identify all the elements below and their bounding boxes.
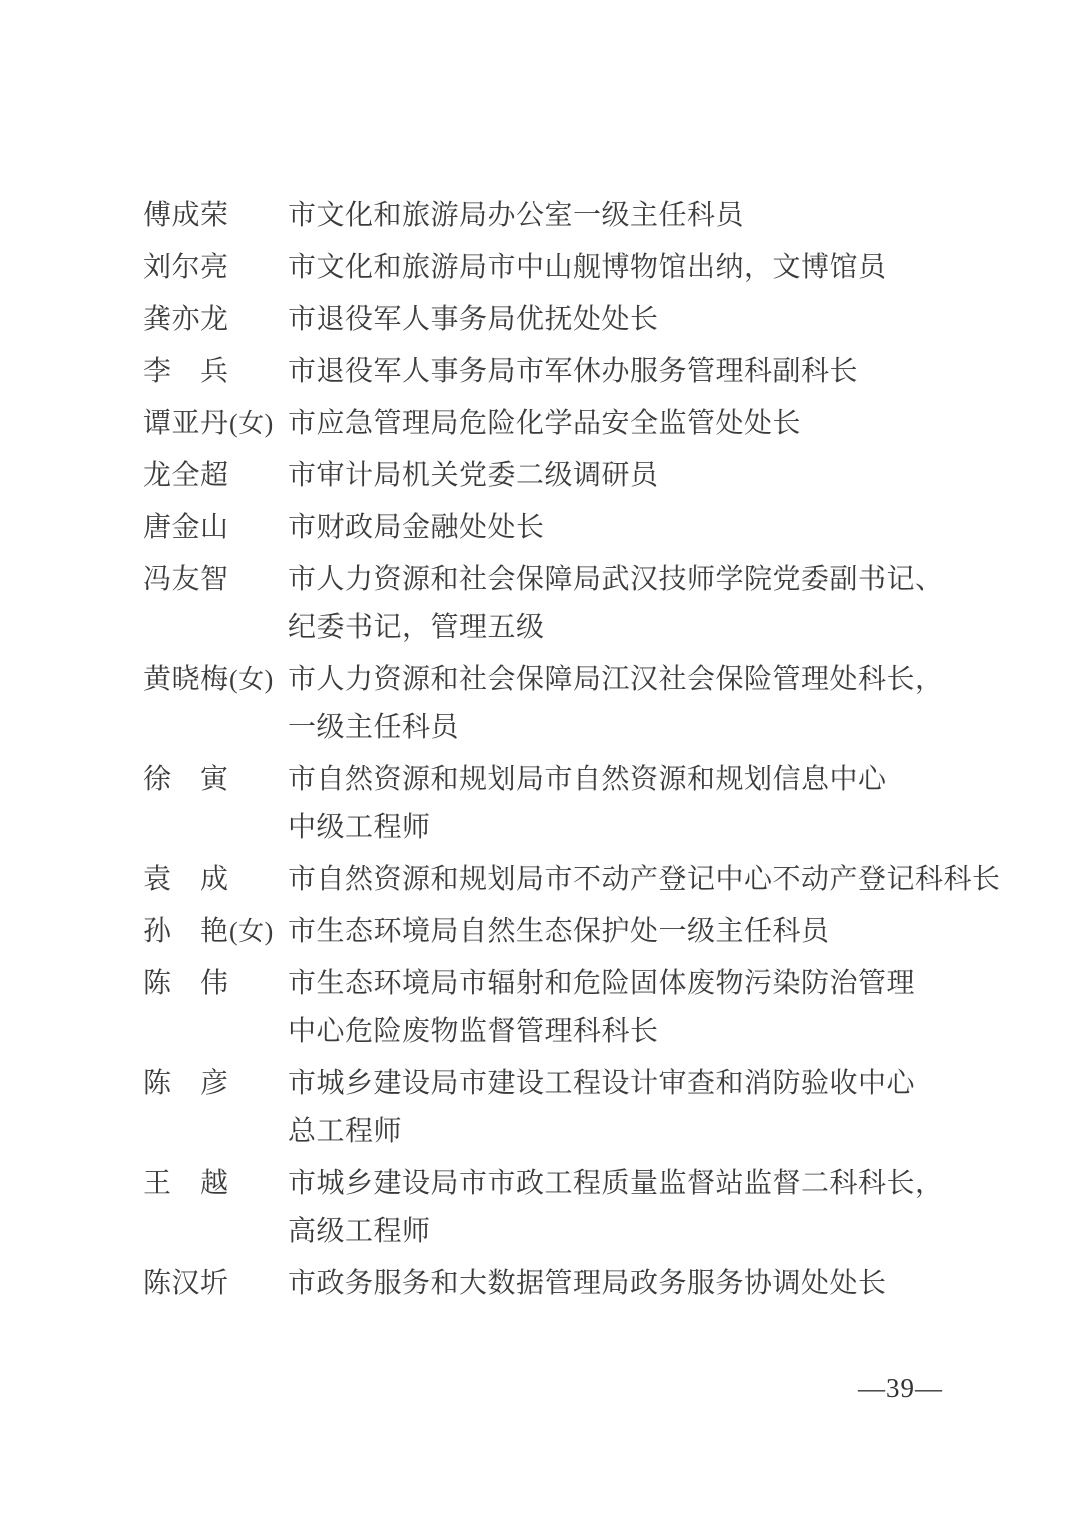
entry-row: 孙 艳 (女) 市生态环境局自然生态保护处一级主任科员 [143,908,973,956]
entry-row: 陈 伟 市生态环境局市辐射和危险固体废物污染防治管理中心危险废物监督管理科科长 [143,960,973,1056]
position-line: 市审计局机关党委二级调研员 [288,452,973,500]
entry-position: 市自然资源和规划局市自然资源和规划信息中心中级工程师 [288,756,973,852]
entry-name: 龚亦龙 [143,296,229,344]
position-line: 市自然资源和规划局市不动产登记中心不动产登记科科长 [288,856,973,904]
position-line: 市人力资源和社会保障局武汉技师学院党委副书记、 [288,556,973,604]
entry-name: 唐金山 [143,504,229,552]
entry-row: 谭亚丹 (女) 市应急管理局危险化学品安全监管处处长 [143,400,973,448]
entry-name: 谭亚丹 [143,400,229,448]
entry-row: 陈汉圻 市政务服务和大数据管理局政务服务协调处处长 [143,1260,973,1308]
entry-position: 市文化和旅游局市中山舰博物馆出纳，文博馆员 [288,244,973,292]
entry-position: 市城乡建设局市市政工程质量监督站监督二科科长，高级工程师 [288,1160,973,1256]
position-line: 中级工程师 [288,804,973,852]
position-line: 市财政局金融处处长 [288,504,973,552]
entry-name: 王 越 [143,1160,229,1208]
position-line: 市人力资源和社会保障局江汉社会保险管理处科长， [288,656,973,704]
page-number: —39— [858,1368,943,1408]
entry-row: 刘尔亮 市文化和旅游局市中山舰博物馆出纳，文博馆员 [143,244,973,292]
entry-position: 市文化和旅游局办公室一级主任科员 [288,192,973,240]
entry-row: 徐 寅 市自然资源和规划局市自然资源和规划信息中心中级工程师 [143,756,973,852]
entry-row: 王 越 市城乡建设局市市政工程质量监督站监督二科科长，高级工程师 [143,1160,973,1256]
position-line: 市退役军人事务局市军休办服务管理科副科长 [288,348,973,396]
entry-position: 市人力资源和社会保障局江汉社会保险管理处科长，一级主任科员 [288,656,973,752]
entry-gender: (女) [229,400,288,448]
entry-name: 陈汉圻 [143,1260,229,1308]
position-line: 市生态环境局市辐射和危险固体废物污染防治管理 [288,960,973,1008]
entry-name: 傅成荣 [143,192,229,240]
entry-name: 龙全超 [143,452,229,500]
entry-position: 市财政局金融处处长 [288,504,973,552]
entry-row: 龙全超 市审计局机关党委二级调研员 [143,452,973,500]
entry-position: 市退役军人事务局优抚处处长 [288,296,973,344]
entry-position: 市人力资源和社会保障局武汉技师学院党委副书记、纪委书记，管理五级 [288,556,973,652]
entry-row: 陈 彦 市城乡建设局市建设工程设计审查和消防验收中心总工程师 [143,1060,973,1156]
entry-name: 刘尔亮 [143,244,229,292]
entry-name: 黄晓梅 [143,656,229,704]
entry-name: 陈 伟 [143,960,229,1008]
entry-gender: (女) [229,908,288,956]
position-line: 市生态环境局自然生态保护处一级主任科员 [288,908,973,956]
entry-gender: (女) [229,656,288,704]
position-line: 市应急管理局危险化学品安全监管处处长 [288,400,973,448]
entry-row: 袁 成 市自然资源和规划局市不动产登记中心不动产登记科科长 [143,856,973,904]
position-line: 市文化和旅游局市中山舰博物馆出纳，文博馆员 [288,244,973,292]
entry-position: 市退役军人事务局市军休办服务管理科副科长 [288,348,973,396]
entry-position: 市应急管理局危险化学品安全监管处处长 [288,400,973,448]
entry-list: 傅成荣 市文化和旅游局办公室一级主任科员 刘尔亮 市文化和旅游局市中山舰博物馆出… [143,192,973,1312]
entry-name: 袁 成 [143,856,229,904]
entry-position: 市生态环境局自然生态保护处一级主任科员 [288,908,973,956]
entry-name: 徐 寅 [143,756,229,804]
entry-row: 唐金山 市财政局金融处处长 [143,504,973,552]
entry-row: 李 兵 市退役军人事务局市军休办服务管理科副科长 [143,348,973,396]
position-line: 中心危险废物监督管理科科长 [288,1008,973,1056]
position-line: 一级主任科员 [288,704,973,752]
entry-name: 陈 彦 [143,1060,229,1108]
position-line: 市文化和旅游局办公室一级主任科员 [288,192,973,240]
position-line: 纪委书记，管理五级 [288,604,973,652]
document-page: 傅成荣 市文化和旅游局办公室一级主任科员 刘尔亮 市文化和旅游局市中山舰博物馆出… [0,0,1080,1527]
entry-row: 傅成荣 市文化和旅游局办公室一级主任科员 [143,192,973,240]
position-line: 高级工程师 [288,1208,973,1256]
position-line: 市城乡建设局市市政工程质量监督站监督二科科长， [288,1160,973,1208]
entry-name: 孙 艳 [143,908,229,956]
position-line: 市退役军人事务局优抚处处长 [288,296,973,344]
entry-row: 龚亦龙 市退役军人事务局优抚处处长 [143,296,973,344]
position-line: 市城乡建设局市建设工程设计审查和消防验收中心 [288,1060,973,1108]
entry-row: 黄晓梅 (女) 市人力资源和社会保障局江汉社会保险管理处科长，一级主任科员 [143,656,973,752]
entry-name: 冯友智 [143,556,229,604]
entry-position: 市政务服务和大数据管理局政务服务协调处处长 [288,1260,973,1308]
entry-position: 市城乡建设局市建设工程设计审查和消防验收中心总工程师 [288,1060,973,1156]
entry-name: 李 兵 [143,348,229,396]
entry-position: 市自然资源和规划局市不动产登记中心不动产登记科科长 [288,856,973,904]
entry-row: 冯友智 市人力资源和社会保障局武汉技师学院党委副书记、纪委书记，管理五级 [143,556,973,652]
entry-position: 市生态环境局市辐射和危险固体废物污染防治管理中心危险废物监督管理科科长 [288,960,973,1056]
position-line: 市政务服务和大数据管理局政务服务协调处处长 [288,1260,973,1308]
position-line: 市自然资源和规划局市自然资源和规划信息中心 [288,756,973,804]
position-line: 总工程师 [288,1108,973,1156]
entry-position: 市审计局机关党委二级调研员 [288,452,973,500]
